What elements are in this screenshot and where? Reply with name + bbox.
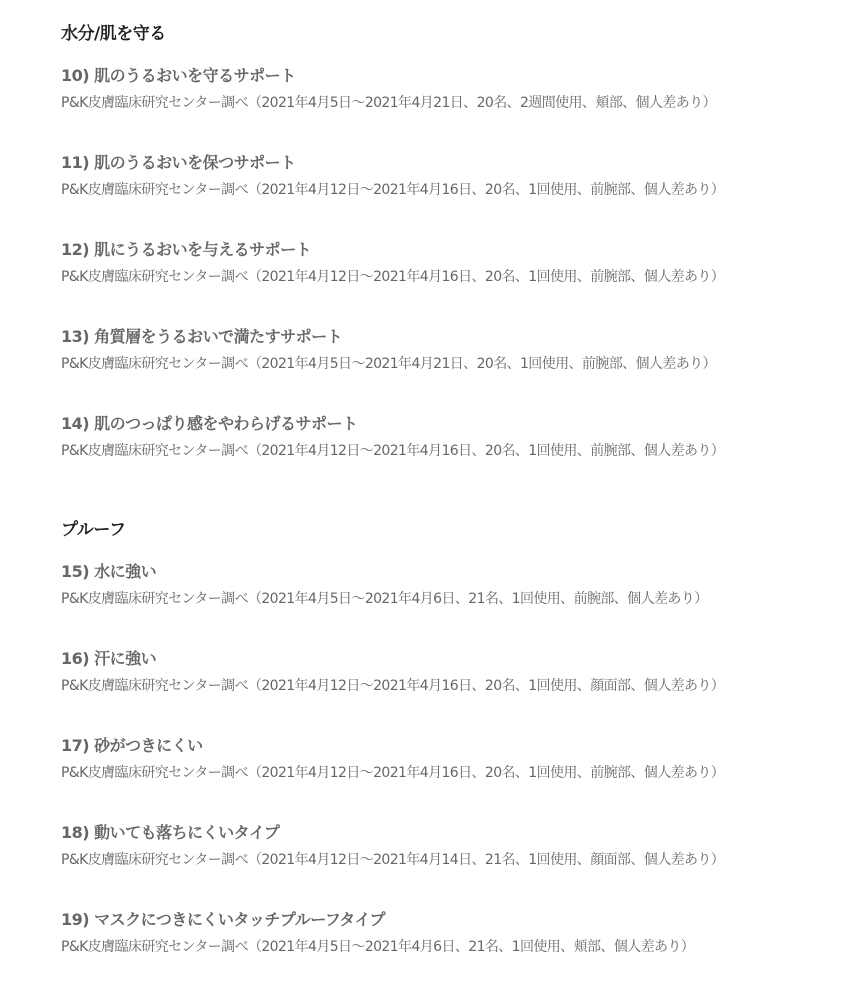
claim-source: P&K皮膚臨床研究センター調べ（2021年4月12日〜2021年4月16日、20…	[61, 180, 724, 200]
claim-title: 11) 肌のうるおいを保つサポート	[61, 152, 724, 174]
claim-source: P&K皮膚臨床研究センター調べ（2021年4月12日〜2021年4月16日、20…	[61, 441, 724, 461]
claim-title: 15) 水に強い	[61, 561, 708, 583]
claim-title: 12) 肌にうるおいを与えるサポート	[61, 239, 724, 261]
claim-item-14: 14) 肌のつっぱり感をやわらげるサポート P&K皮膚臨床研究センター調べ（20…	[61, 413, 724, 461]
claim-source: P&K皮膚臨床研究センター調べ（2021年4月5日〜2021年4月21日、20名…	[61, 93, 716, 113]
claim-title: 19) マスクにつきにくいタッチプルーフタイプ	[61, 909, 694, 931]
section-title-proof: プルーフ	[61, 518, 125, 542]
claim-item-10: 10) 肌のうるおいを守るサポート P&K皮膚臨床研究センター調べ（2021年4…	[61, 65, 716, 113]
claim-source: P&K皮膚臨床研究センター調べ（2021年4月12日〜2021年4月14日、21…	[61, 850, 724, 870]
claim-title: 16) 汗に強い	[61, 648, 724, 670]
claim-item-13: 13) 角質層をうるおいで満たすサポート P&K皮膚臨床研究センター調べ（202…	[61, 326, 716, 374]
section-title-moisture: 水分/肌を守る	[61, 22, 166, 46]
claim-item-16: 16) 汗に強い P&K皮膚臨床研究センター調べ（2021年4月12日〜2021…	[61, 648, 724, 696]
claim-title: 10) 肌のうるおいを守るサポート	[61, 65, 716, 87]
claim-source: P&K皮膚臨床研究センター調べ（2021年4月12日〜2021年4月16日、20…	[61, 267, 724, 287]
claim-item-18: 18) 動いても落ちにくいタイプ P&K皮膚臨床研究センター調べ（2021年4月…	[61, 822, 724, 870]
claim-item-17: 17) 砂がつきにくい P&K皮膚臨床研究センター調べ（2021年4月12日〜2…	[61, 735, 724, 783]
claim-source: P&K皮膚臨床研究センター調べ（2021年4月5日〜2021年4月6日、21名、…	[61, 589, 708, 609]
claim-source: P&K皮膚臨床研究センター調べ（2021年4月12日〜2021年4月16日、20…	[61, 676, 724, 696]
claim-item-19: 19) マスクにつきにくいタッチプルーフタイプ P&K皮膚臨床研究センター調べ（…	[61, 909, 694, 957]
claim-source: P&K皮膚臨床研究センター調べ（2021年4月12日〜2021年4月16日、20…	[61, 763, 724, 783]
claim-title: 18) 動いても落ちにくいタイプ	[61, 822, 724, 844]
claim-title: 17) 砂がつきにくい	[61, 735, 724, 757]
claim-source: P&K皮膚臨床研究センター調べ（2021年4月5日〜2021年4月6日、21名、…	[61, 937, 694, 957]
claim-item-15: 15) 水に強い P&K皮膚臨床研究センター調べ（2021年4月5日〜2021年…	[61, 561, 708, 609]
claim-item-11: 11) 肌のうるおいを保つサポート P&K皮膚臨床研究センター調べ（2021年4…	[61, 152, 724, 200]
claim-item-12: 12) 肌にうるおいを与えるサポート P&K皮膚臨床研究センター調べ（2021年…	[61, 239, 724, 287]
claim-source: P&K皮膚臨床研究センター調べ（2021年4月5日〜2021年4月21日、20名…	[61, 354, 716, 374]
claim-title: 13) 角質層をうるおいで満たすサポート	[61, 326, 716, 348]
claim-title: 14) 肌のつっぱり感をやわらげるサポート	[61, 413, 724, 435]
